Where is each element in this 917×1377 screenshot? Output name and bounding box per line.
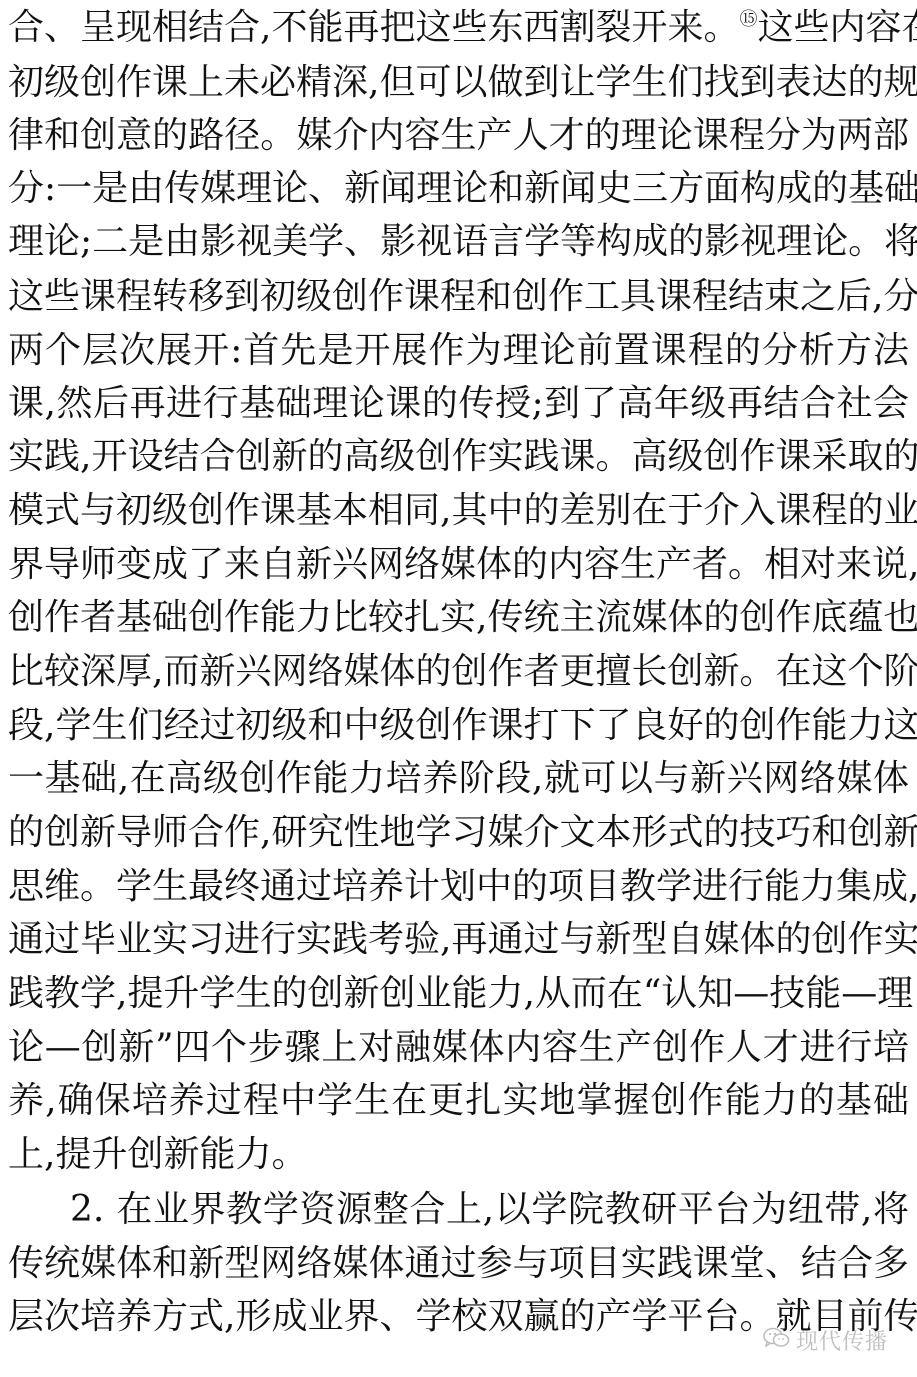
- text-line-12: 创作者基础创作能力比较扎实,传统主流媒体的创作底蕴也: [8, 592, 909, 644]
- text-line-21: 养,确保培养过程中学生在更扎实地掌握创作能力的基础: [8, 1075, 909, 1127]
- text-line-1: 合、呈现相结合,不能再把这些东西割裂开来。⑮这些内容在: [8, 2, 909, 54]
- text-line-15: 一基础,在高级创作能力培养阶段,就可以与新兴网络媒体: [8, 753, 909, 805]
- footnote-marker[interactable]: ⑮: [739, 9, 757, 30]
- text-line-24: 传统媒体和新型网络媒体通过参与项目实践课堂、结合多: [8, 1238, 909, 1290]
- text-line-5: 理论;二是由影视美学、影视语言学等构成的影视理论。将: [8, 216, 909, 268]
- text-line-18: 通过毕业实习进行实践考验,再通过与新型自媒体的创作实: [8, 914, 909, 966]
- line-text-continued: 这些内容在: [757, 7, 917, 48]
- text-line-10: 模式与初级创作课基本相同,其中的差别在于介入课程的业: [8, 485, 909, 537]
- text-line-6: 这些课程转移到初级创作课程和创作工具课程结束之后,分: [8, 271, 909, 323]
- text-line-23: 2. 在业界教学资源整合上,以学院教研平台为纽带,将: [8, 1184, 909, 1236]
- text-line-7: 两个层次展开:首先是开展作为理论前置课程的分析方法: [8, 325, 909, 377]
- text-line-2: 初级创作课上未必精深,但可以做到让学生们找到表达的规: [8, 57, 909, 109]
- text-line-14: 段,学生们经过初级和中级创作课打下了良好的创作能力这: [8, 700, 909, 752]
- text-line-16: 的创新导师合作,研究性地学习媒介文本形式的技巧和创新: [8, 807, 909, 859]
- text-line-8: 课,然后再进行基础理论课的传授;到了高年级再结合社会: [8, 378, 909, 430]
- text-line-9: 实践,开设结合创新的高级创作实践课。高级创作课采取的: [8, 431, 909, 483]
- document-page: 合、呈现相结合,不能再把这些东西割裂开来。⑮这些内容在 初级创作课上未必精深,但…: [0, 0, 917, 1377]
- text-line-19: 践教学,提升学生的创新创业能力,从而在“认知—技能—理: [8, 968, 909, 1020]
- text-line-13: 比较深厚,而新兴网络媒体的创作者更擅长创新。在这个阶: [8, 646, 909, 698]
- text-line-20: 论—创新”四个步骤上对融媒体内容生产创作人才进行培: [8, 1022, 909, 1074]
- text-line-25: 层次培养方式,形成业界、学校双赢的产学平台。就目前传: [8, 1291, 909, 1343]
- text-line-4: 分:一是由传媒理论、新闻理论和新闻史三方面构成的基础: [8, 163, 909, 215]
- text-line-11: 界导师变成了来自新兴网络媒体的内容生产者。相对来说,: [8, 539, 909, 591]
- text-line-22: 上,提升创新能力。: [8, 1129, 909, 1181]
- line-text: 合、呈现相结合,不能再把这些东西割裂开来。: [8, 7, 739, 48]
- text-line-17: 思维。学生最终通过培养计划中的项目教学进行能力集成,: [8, 861, 909, 913]
- text-line-3: 律和创意的路径。媒介内容生产人才的理论课程分为两部: [8, 110, 909, 162]
